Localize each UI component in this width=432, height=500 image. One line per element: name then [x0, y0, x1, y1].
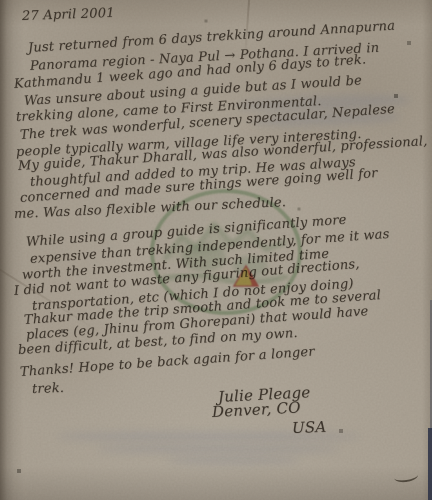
entry-date: 27 April 2001 — [22, 7, 115, 23]
signature-country: USA — [292, 420, 327, 436]
ink-bleedthrough-smudge — [98, 445, 338, 453]
page-curl-mark — [393, 469, 418, 483]
handwriting-line: trek. — [32, 382, 65, 396]
page-edge-blue-cover — [428, 428, 432, 500]
ink-bleedthrough-smudge — [168, 457, 298, 464]
paper-specks — [0, 0, 2, 2]
signature-location: Denver, CO — [212, 400, 301, 420]
guestbook-page-photo: 27 April 2001 Just returned from 6 days … — [0, 0, 432, 500]
